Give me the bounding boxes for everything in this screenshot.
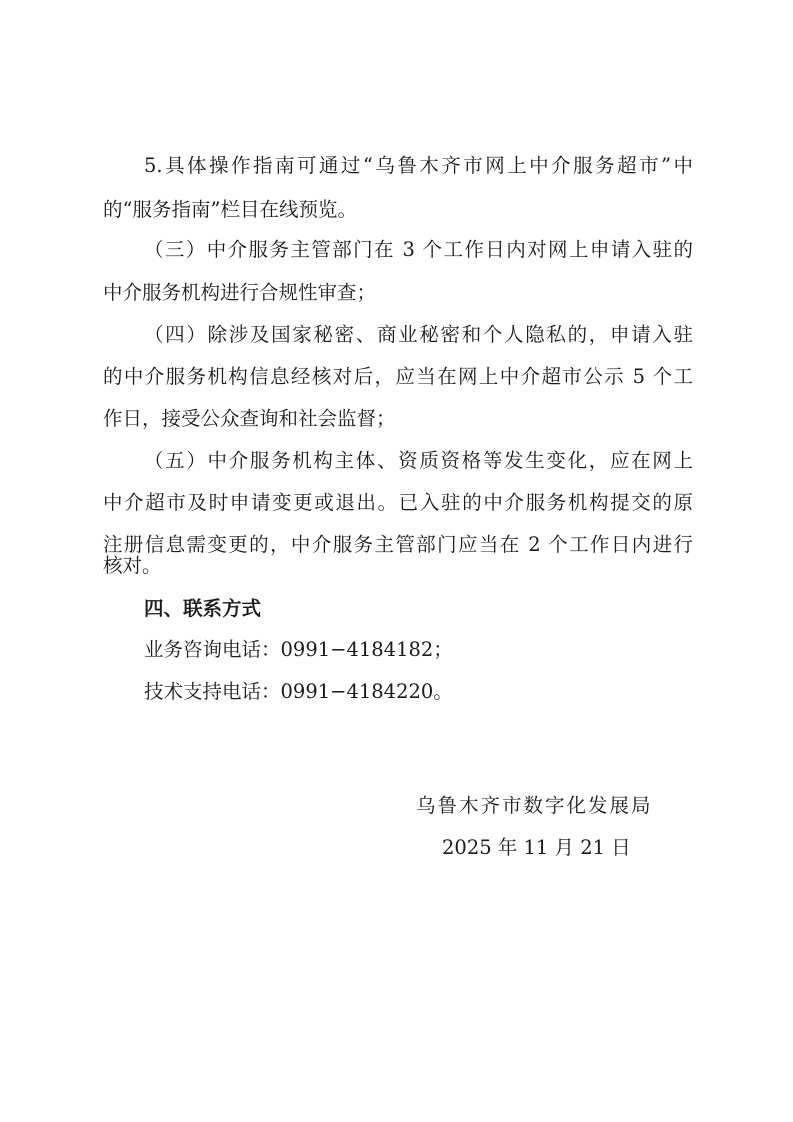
paragraph-4-line-3: 注册信息需变更的，中介服务主管部门应当在 2 个工作日内进行 [103, 532, 693, 558]
paragraph-4-line-1: （五）中介服务机构主体、资质资格等发生变化，应在网上 [144, 448, 693, 474]
contact-business-phone: 业务咨询电话：0991−4184182； [144, 637, 453, 663]
paragraph-1-line-2: 的“服务指南”栏目在线预览。 [103, 197, 357, 223]
signature-date: 2025 年 11 月 21 日 [442, 835, 631, 861]
paragraph-2-line-2: 中介服务机构进行合规性审查； [103, 280, 376, 306]
paragraph-4-line-4: 核对。 [103, 553, 162, 579]
paragraph-1-line-1: 5.具体操作指南可通过“乌鲁木齐市网上中介服务超市”中 [144, 153, 693, 179]
paragraph-2-line-1: （三）中介服务主管部门在 3 个工作日内对网上申请入驻的 [144, 237, 693, 263]
signature-organization: 乌鲁木齐市数字化发展局 [416, 793, 653, 819]
section-heading: 四、联系方式 [144, 596, 261, 622]
paragraph-4-line-2: 中介超市及时申请变更或退出。已入驻的中介服务机构提交的原 [103, 490, 693, 516]
paragraph-3-line-2: 的中介服务机构信息经核对后，应当在网上中介超市公示 5 个工 [103, 364, 693, 390]
paragraph-3-line-1: （四）除涉及国家秘密、商业秘密和个人隐私的，申请入驻 [144, 322, 693, 348]
paragraph-3-line-3: 作日，接受公众查询和社会监督； [103, 406, 396, 432]
contact-tech-phone: 技术支持电话：0991−4184220。 [144, 679, 453, 705]
